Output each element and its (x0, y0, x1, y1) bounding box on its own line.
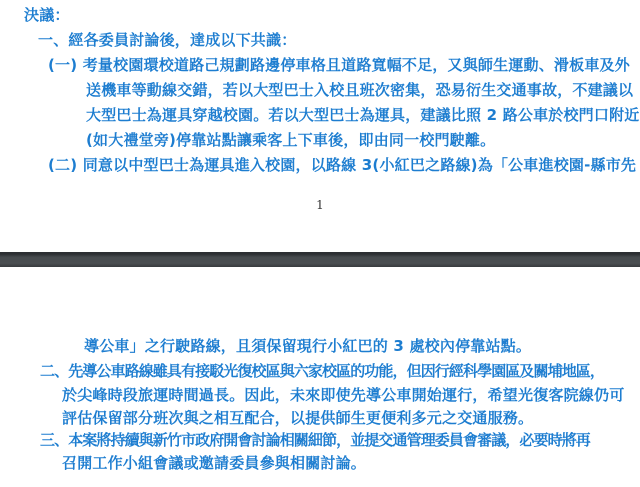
doc-line-item-1-2-cont: 導公車」之行駛路線，且須保留現行小紅巴的 3 處校內停靠站點。 (84, 337, 531, 355)
doc-line-item-2-cont2: 評估保留部分班次與之相互配合，以提供師生更便利多元之交通服務。 (62, 409, 533, 427)
doc-line-item-1-1-cont3: (如大禮堂旁)停靠站點讓乘客上下車後，即由同一校門駛離。 (86, 131, 495, 149)
page-number: 1 (0, 198, 640, 212)
doc-line-item-2: 二、先導公車路線雖具有接駁光復校區與六家校區的功能，但因行經科學園區及關埔地區， (40, 362, 604, 380)
pdf-page-1: 決議： 一、經各委員討論後，達成以下共識： (一) 考量校園環校道路己規劃路邊停… (0, 0, 640, 252)
doc-line-item-3: 三、本案將持續與新竹市政府開會討論相關細節，並提交通管理委員會審議，必要時將再 (40, 431, 590, 449)
doc-line-item-1-2: (二) 同意以中型巴士為運具進入校園，以路線 3(小紅巴之路線)為「公車進校園-… (48, 156, 636, 174)
pdf-viewer: 決議： 一、經各委員討論後，達成以下共識： (一) 考量校園環校道路己規劃路邊停… (0, 0, 640, 487)
doc-line-item-1-1: (一) 考量校園環校道路己規劃路邊停車格且道路寬幅不足，又與師生運動、滑板車及外 (48, 56, 630, 74)
doc-line-item-2-cont: 於尖峰時段旅運時間過長。因此，未來即使先導公車開始運行，希望光復客院線仍可 (62, 386, 624, 404)
doc-line-item-1-1-cont2: 大型巴士為運具穿越校園。若以大型巴士為運具，建議比照 2 路公車於校門口附近 (86, 106, 640, 124)
doc-line-item-1-1-cont: 送機車等動線交錯，若以大型巴士入校且班次密集，恐易衍生交通事故，不建議以 (86, 81, 633, 99)
doc-line-item-3-cont: 召開工作小組會議或邀請委員參與相關討論。 (62, 454, 366, 472)
doc-line-item-1: 一、經各委員討論後，達成以下共識： (38, 31, 296, 49)
pdf-page-2: 導公車」之行駛路線，且須保留現行小紅巴的 3 處校內停靠站點。 二、先導公車路線… (0, 267, 640, 487)
page-separator (0, 252, 640, 267)
doc-line-resolution-heading: 決議： (24, 6, 70, 24)
